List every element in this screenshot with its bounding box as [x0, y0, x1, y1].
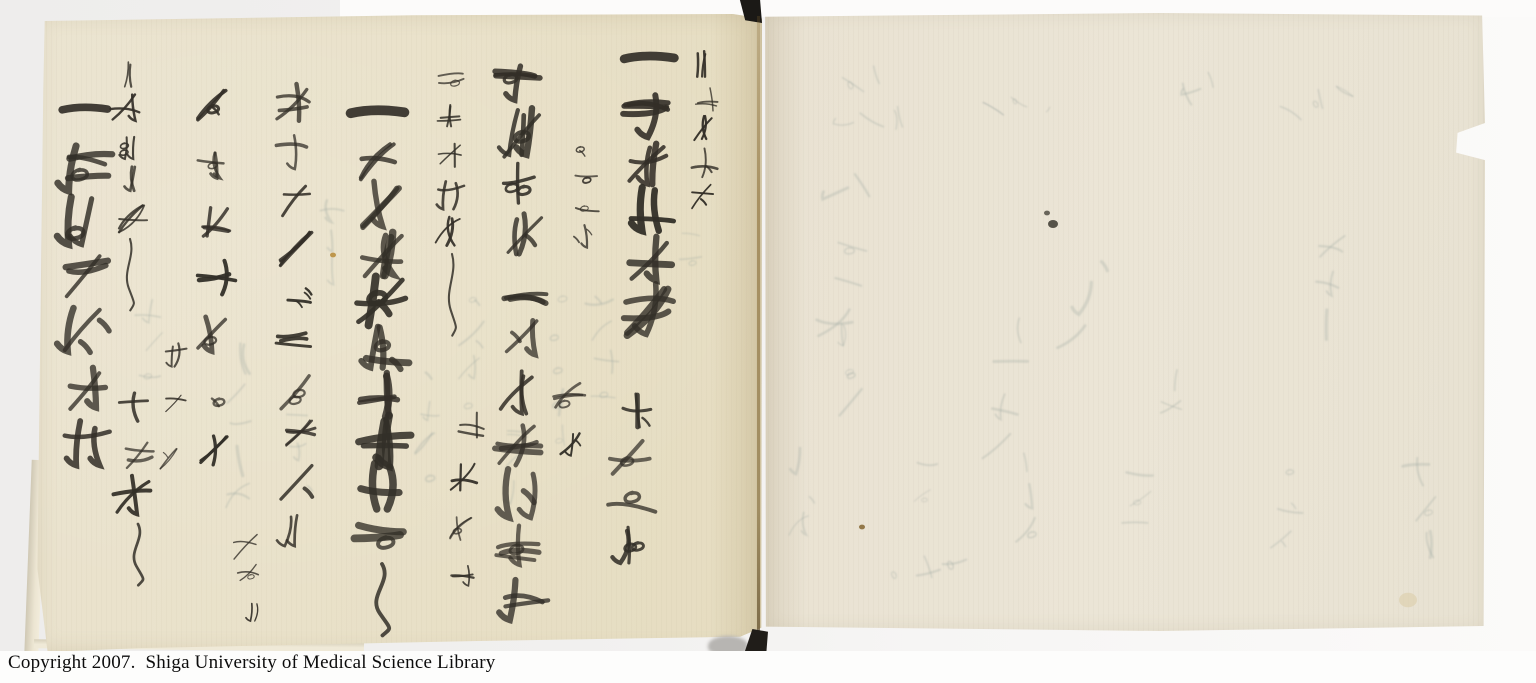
right-page: [763, 13, 1485, 631]
left-page-gutter-shade: [711, 14, 762, 652]
copyright-text: Copyright 2007. Shiga University of Medi…: [8, 652, 495, 674]
left-page: [36, 14, 762, 652]
right-page-gutter-shade: [763, 13, 806, 631]
manuscript-photo: Copyright 2007. Shiga University of Medi…: [0, 0, 1536, 683]
gutter-fold-line: [757, 16, 760, 633]
background-top-strip: [340, 0, 1536, 17]
